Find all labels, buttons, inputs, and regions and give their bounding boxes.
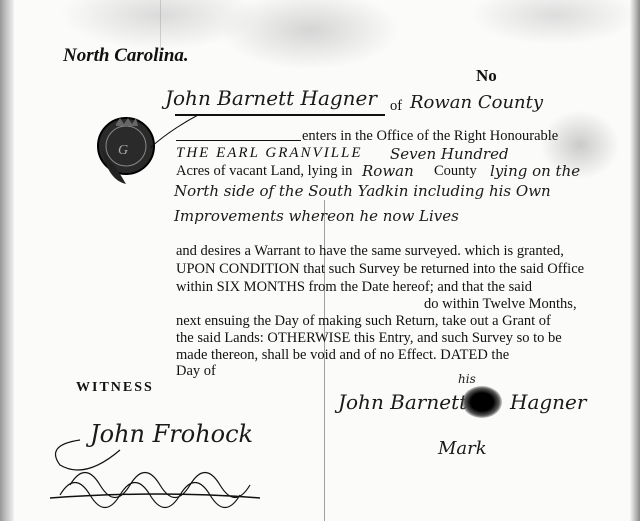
- mark-label: Mark: [438, 438, 487, 459]
- signature-flourish: [40, 410, 270, 520]
- para-line-1: and desires a Warrant to have the same s…: [176, 243, 564, 260]
- entry-number-label: No: [476, 66, 497, 86]
- para-line-8: Day of: [176, 363, 216, 380]
- land-description-3: Improvements whereon he now Lives: [174, 207, 459, 225]
- his-label: his: [458, 372, 476, 386]
- land-description-2: North side of the South Yadkin including…: [174, 182, 551, 200]
- witness-label: WITNESS: [76, 380, 154, 396]
- para-line-3: within SIX MONTHS from the Date hereof; …: [176, 279, 532, 296]
- stain: [470, 0, 640, 45]
- body-line-3a: Acres of vacant Land, lying in: [176, 163, 352, 180]
- document-page: North Carolina. No G John Barnett Hagner…: [0, 0, 640, 521]
- applicant-signature-first: John Barnett: [338, 390, 467, 414]
- scan-edge-right: [630, 0, 640, 521]
- residence-county: Rowan County: [410, 92, 543, 113]
- scan-edge-left: [0, 0, 14, 521]
- land-description-1: lying on the: [490, 162, 580, 180]
- para-line-5: next ensuing the Day of making such Retu…: [176, 313, 551, 330]
- para-line-4: do within Twelve Months,: [424, 296, 577, 313]
- signature-flourish: [150, 110, 200, 150]
- applicant-signature-last: Hagner: [510, 390, 586, 414]
- body-line-1: enters in the Office of the Right Honour…: [302, 128, 558, 145]
- county-handwritten: Rowan: [362, 162, 414, 180]
- of-label: of: [390, 98, 402, 115]
- mark-icon: [462, 386, 502, 418]
- body-line-3b: County: [434, 163, 477, 180]
- para-line-2: UPON CONDITION that such Survey be retur…: [176, 261, 584, 278]
- stain: [220, 0, 400, 70]
- svg-text:G: G: [118, 143, 128, 158]
- blank-line: [176, 140, 301, 141]
- para-line-7: made thereon, shall be void and of no Ef…: [176, 347, 509, 364]
- para-line-6: the said Lands: OTHERWISE this Entry, an…: [176, 330, 562, 347]
- seal-icon: G: [88, 110, 158, 186]
- state-heading: North Carolina.: [63, 45, 189, 67]
- applicant-underline: [175, 114, 385, 116]
- earl-granville: THE EARL GRANVILLE: [176, 145, 363, 162]
- acreage-handwritten: Seven Hundred: [390, 145, 509, 163]
- applicant-name: John Barnett Hagner: [165, 86, 377, 110]
